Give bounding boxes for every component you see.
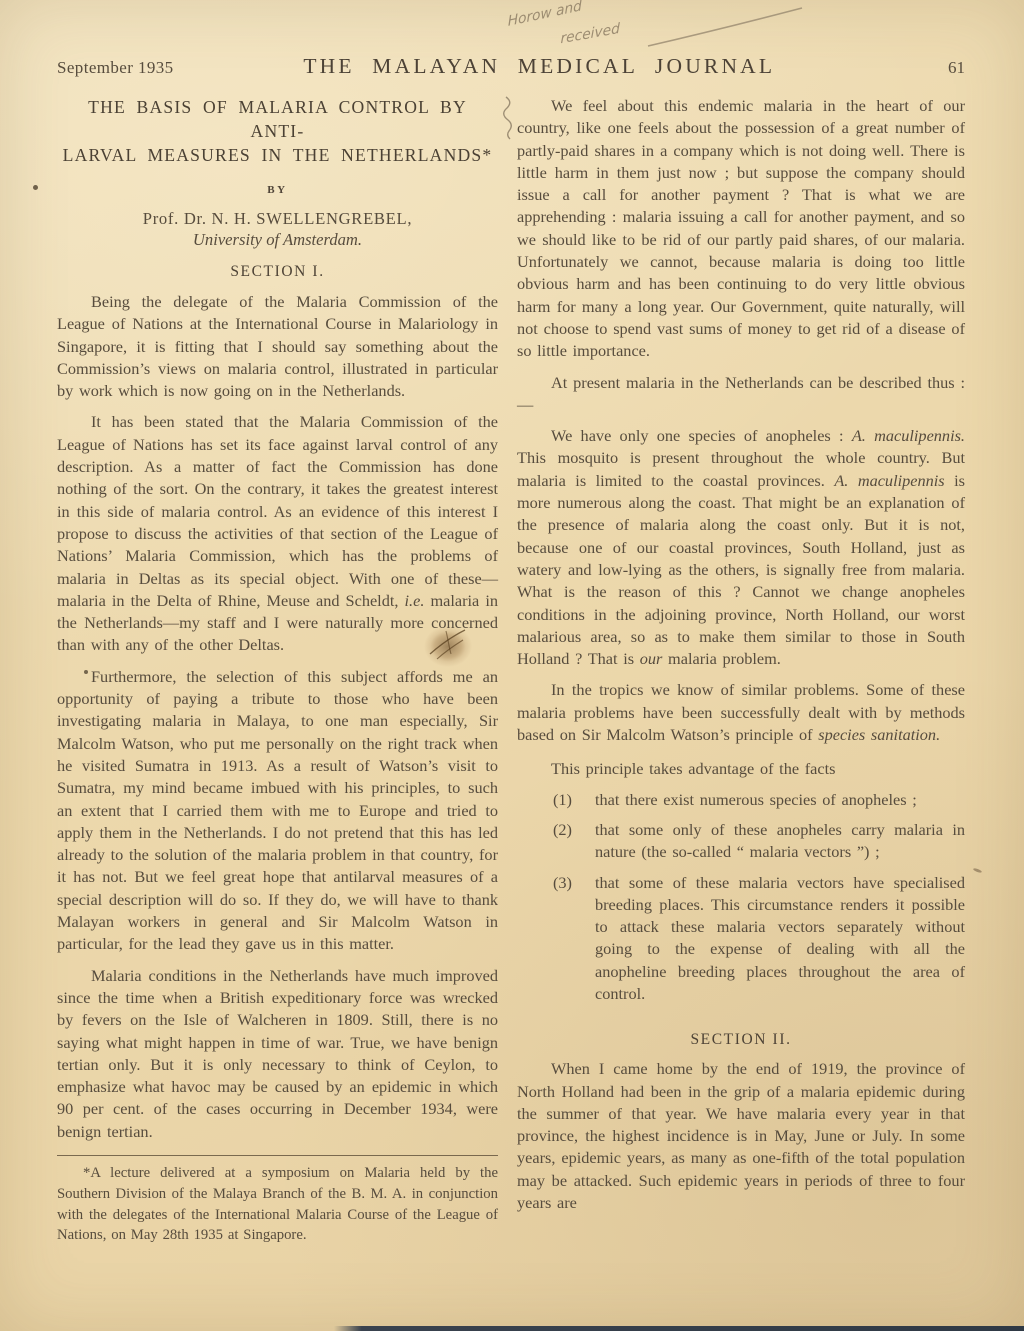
article-title: THE BASIS OF MALARIA CONTROL BY ANTI- LA… [57, 95, 498, 167]
numbered-item-2: (2) that some only of these anopheles ca… [517, 819, 965, 864]
paragraph-left-1: Being the delegate of the Malaria Commis… [57, 291, 498, 402]
right-column: We feel about this endemic malaria in th… [517, 95, 965, 1214]
pencil-dot [84, 670, 88, 674]
item-text: that some of these malaria vectors have … [595, 872, 965, 1006]
paragraph-left-4: Malaria conditions in the Netherlands ha… [57, 965, 498, 1143]
section-1-heading: SECTION I. [57, 263, 498, 281]
article-title-line1: THE BASIS OF MALARIA CONTROL BY ANTI- [57, 95, 498, 143]
byline-label: BY [57, 184, 498, 196]
author-name: Prof. Dr. N. H. SWELLENGREBEL, [57, 209, 498, 229]
numbered-item-3: (3) that some of these malaria vectors h… [517, 872, 965, 1006]
journal-page: Horow and received September 1935 THE MA… [0, 0, 1024, 1331]
paragraph-right-4: In the tropics we know of similar proble… [517, 679, 965, 746]
paragraph-right-3: We have only one species of anopheles : … [517, 425, 965, 670]
facts-intro: This principle takes advantage of the fa… [517, 758, 965, 780]
item-text: that there exist numerous species of ano… [595, 789, 965, 811]
article-title-line2: LARVAL MEASURES IN THE NETHERLANDS* [57, 143, 498, 167]
journal-title: THE MALAYAN MEDICAL JOURNAL [174, 54, 905, 79]
issue-date: September 1935 [57, 58, 174, 78]
paper-speck [33, 185, 38, 190]
footnote-text: *A lecture delivered at a symposium on M… [57, 1163, 498, 1246]
left-column: THE BASIS OF MALARIA CONTROL BY ANTI- LA… [57, 95, 498, 1246]
section-2-heading: SECTION II. [517, 1031, 965, 1049]
paragraph-right-5: When I came home by the end of 1919, the… [517, 1058, 965, 1214]
item-number: (3) [553, 872, 595, 1006]
paragraph-right-1: We feel about this endemic malaria in th… [517, 95, 965, 363]
paragraph-left-3: Furthermore, the selection of this subje… [57, 666, 498, 956]
handwritten-annotation-line1: Horow and [508, 0, 583, 30]
handwritten-annotation-line2: received [560, 21, 619, 48]
author-affiliation: University of Amsterdam. [57, 230, 498, 250]
item-number: (1) [553, 789, 595, 811]
scan-edge-strip [334, 1326, 1024, 1331]
paragraph-left-2: It has been stated that the Malaria Comm… [57, 411, 498, 656]
page-number: 61 [905, 58, 965, 78]
ink-stain-streaks [424, 621, 472, 667]
paper-speck [973, 868, 982, 874]
footnote: *A lecture delivered at a symposium on M… [57, 1155, 498, 1246]
item-text: that some only of these anopheles carry … [595, 819, 965, 864]
paragraph-right-2: At present malaria in the Netherlands ca… [517, 372, 965, 417]
numbered-item-1: (1) that there exist numerous species of… [517, 789, 965, 811]
page-header: September 1935 THE MALAYAN MEDICAL JOURN… [57, 54, 965, 79]
item-number: (2) [553, 819, 595, 864]
ink-stain [424, 621, 472, 667]
